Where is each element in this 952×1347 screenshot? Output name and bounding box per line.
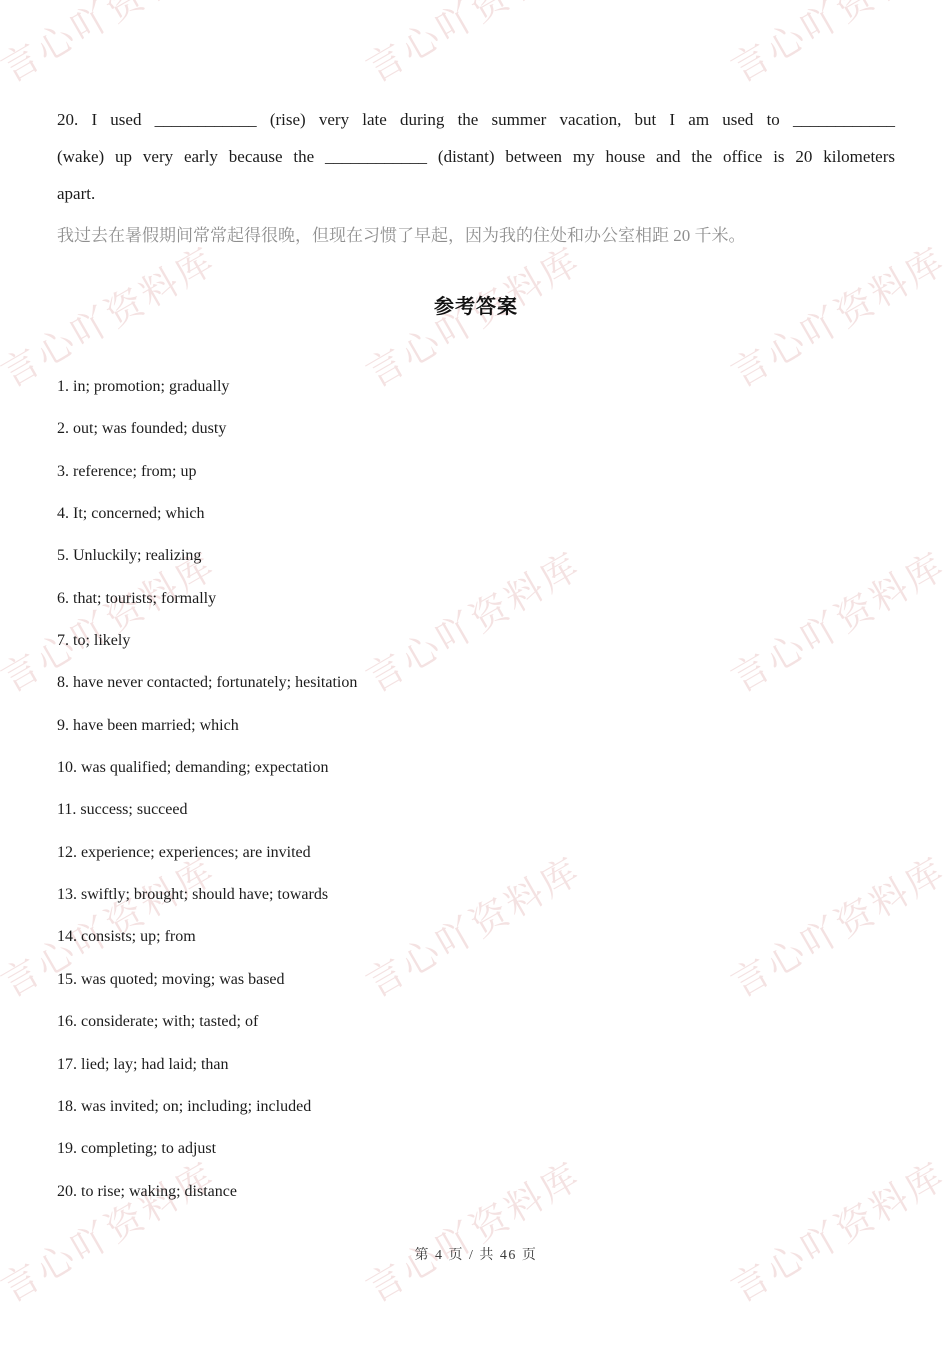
question-translation: 我过去在暑假期间常常起得很晚，但现在习惯了早起，因为我的住处和办公室相距 20 … — [57, 222, 895, 249]
answer-item: 7. to; likely — [57, 620, 895, 662]
answer-item: 8. have never contacted; fortunately; he… — [57, 662, 895, 704]
answer-item: 12. experience; experiences; are invited — [57, 832, 895, 874]
answer-item: 15. was quoted; moving; was based — [57, 959, 895, 1001]
answer-item: 16. considerate; with; tasted; of — [57, 1001, 895, 1043]
answer-item: 14. consists; up; from — [57, 916, 895, 958]
answer-item: 1. in; promotion; gradually — [57, 366, 895, 408]
answer-item: 10. was qualified; demanding; expectatio… — [57, 747, 895, 789]
answer-item: 20. to rise; waking; distance — [57, 1171, 895, 1213]
answer-item: 18. was invited; on; including; included — [57, 1086, 895, 1128]
answer-item: 2. out; was founded; dusty — [57, 408, 895, 450]
answer-item: 5. Unluckily; realizing — [57, 535, 895, 577]
answers-list: 1. in; promotion; gradually2. out; was f… — [57, 366, 895, 1213]
answers-heading: 参考答案 — [0, 290, 952, 319]
answer-item: 17. lied; lay; had laid; than — [57, 1044, 895, 1086]
answer-item: 9. have been married; which — [57, 705, 895, 747]
document-page: 言心吖资料库言心吖资料库言心吖资料库言心吖资料库言心吖资料库言心吖资料库言心吖资… — [0, 0, 952, 1347]
answer-item: 11. success; succeed — [57, 789, 895, 831]
answer-item: 4. It; concerned; which — [57, 493, 895, 535]
page-number-footer: 第 4 页 / 共 46 页 — [0, 1244, 952, 1264]
question-20: 20. I used ____________ (rise) very late… — [57, 101, 895, 212]
question-line: apart. — [57, 175, 895, 212]
question-line: 20. I used ____________ (rise) very late… — [57, 101, 895, 138]
answer-item: 19. completing; to adjust — [57, 1128, 895, 1170]
answer-item: 13. swiftly; brought; should have; towar… — [57, 874, 895, 916]
answer-item: 3. reference; from; up — [57, 451, 895, 493]
page-content: 20. I used ____________ (rise) very late… — [0, 0, 952, 1347]
question-line: (wake) up very early because the _______… — [57, 138, 895, 175]
answer-item: 6. that; tourists; formally — [57, 578, 895, 620]
